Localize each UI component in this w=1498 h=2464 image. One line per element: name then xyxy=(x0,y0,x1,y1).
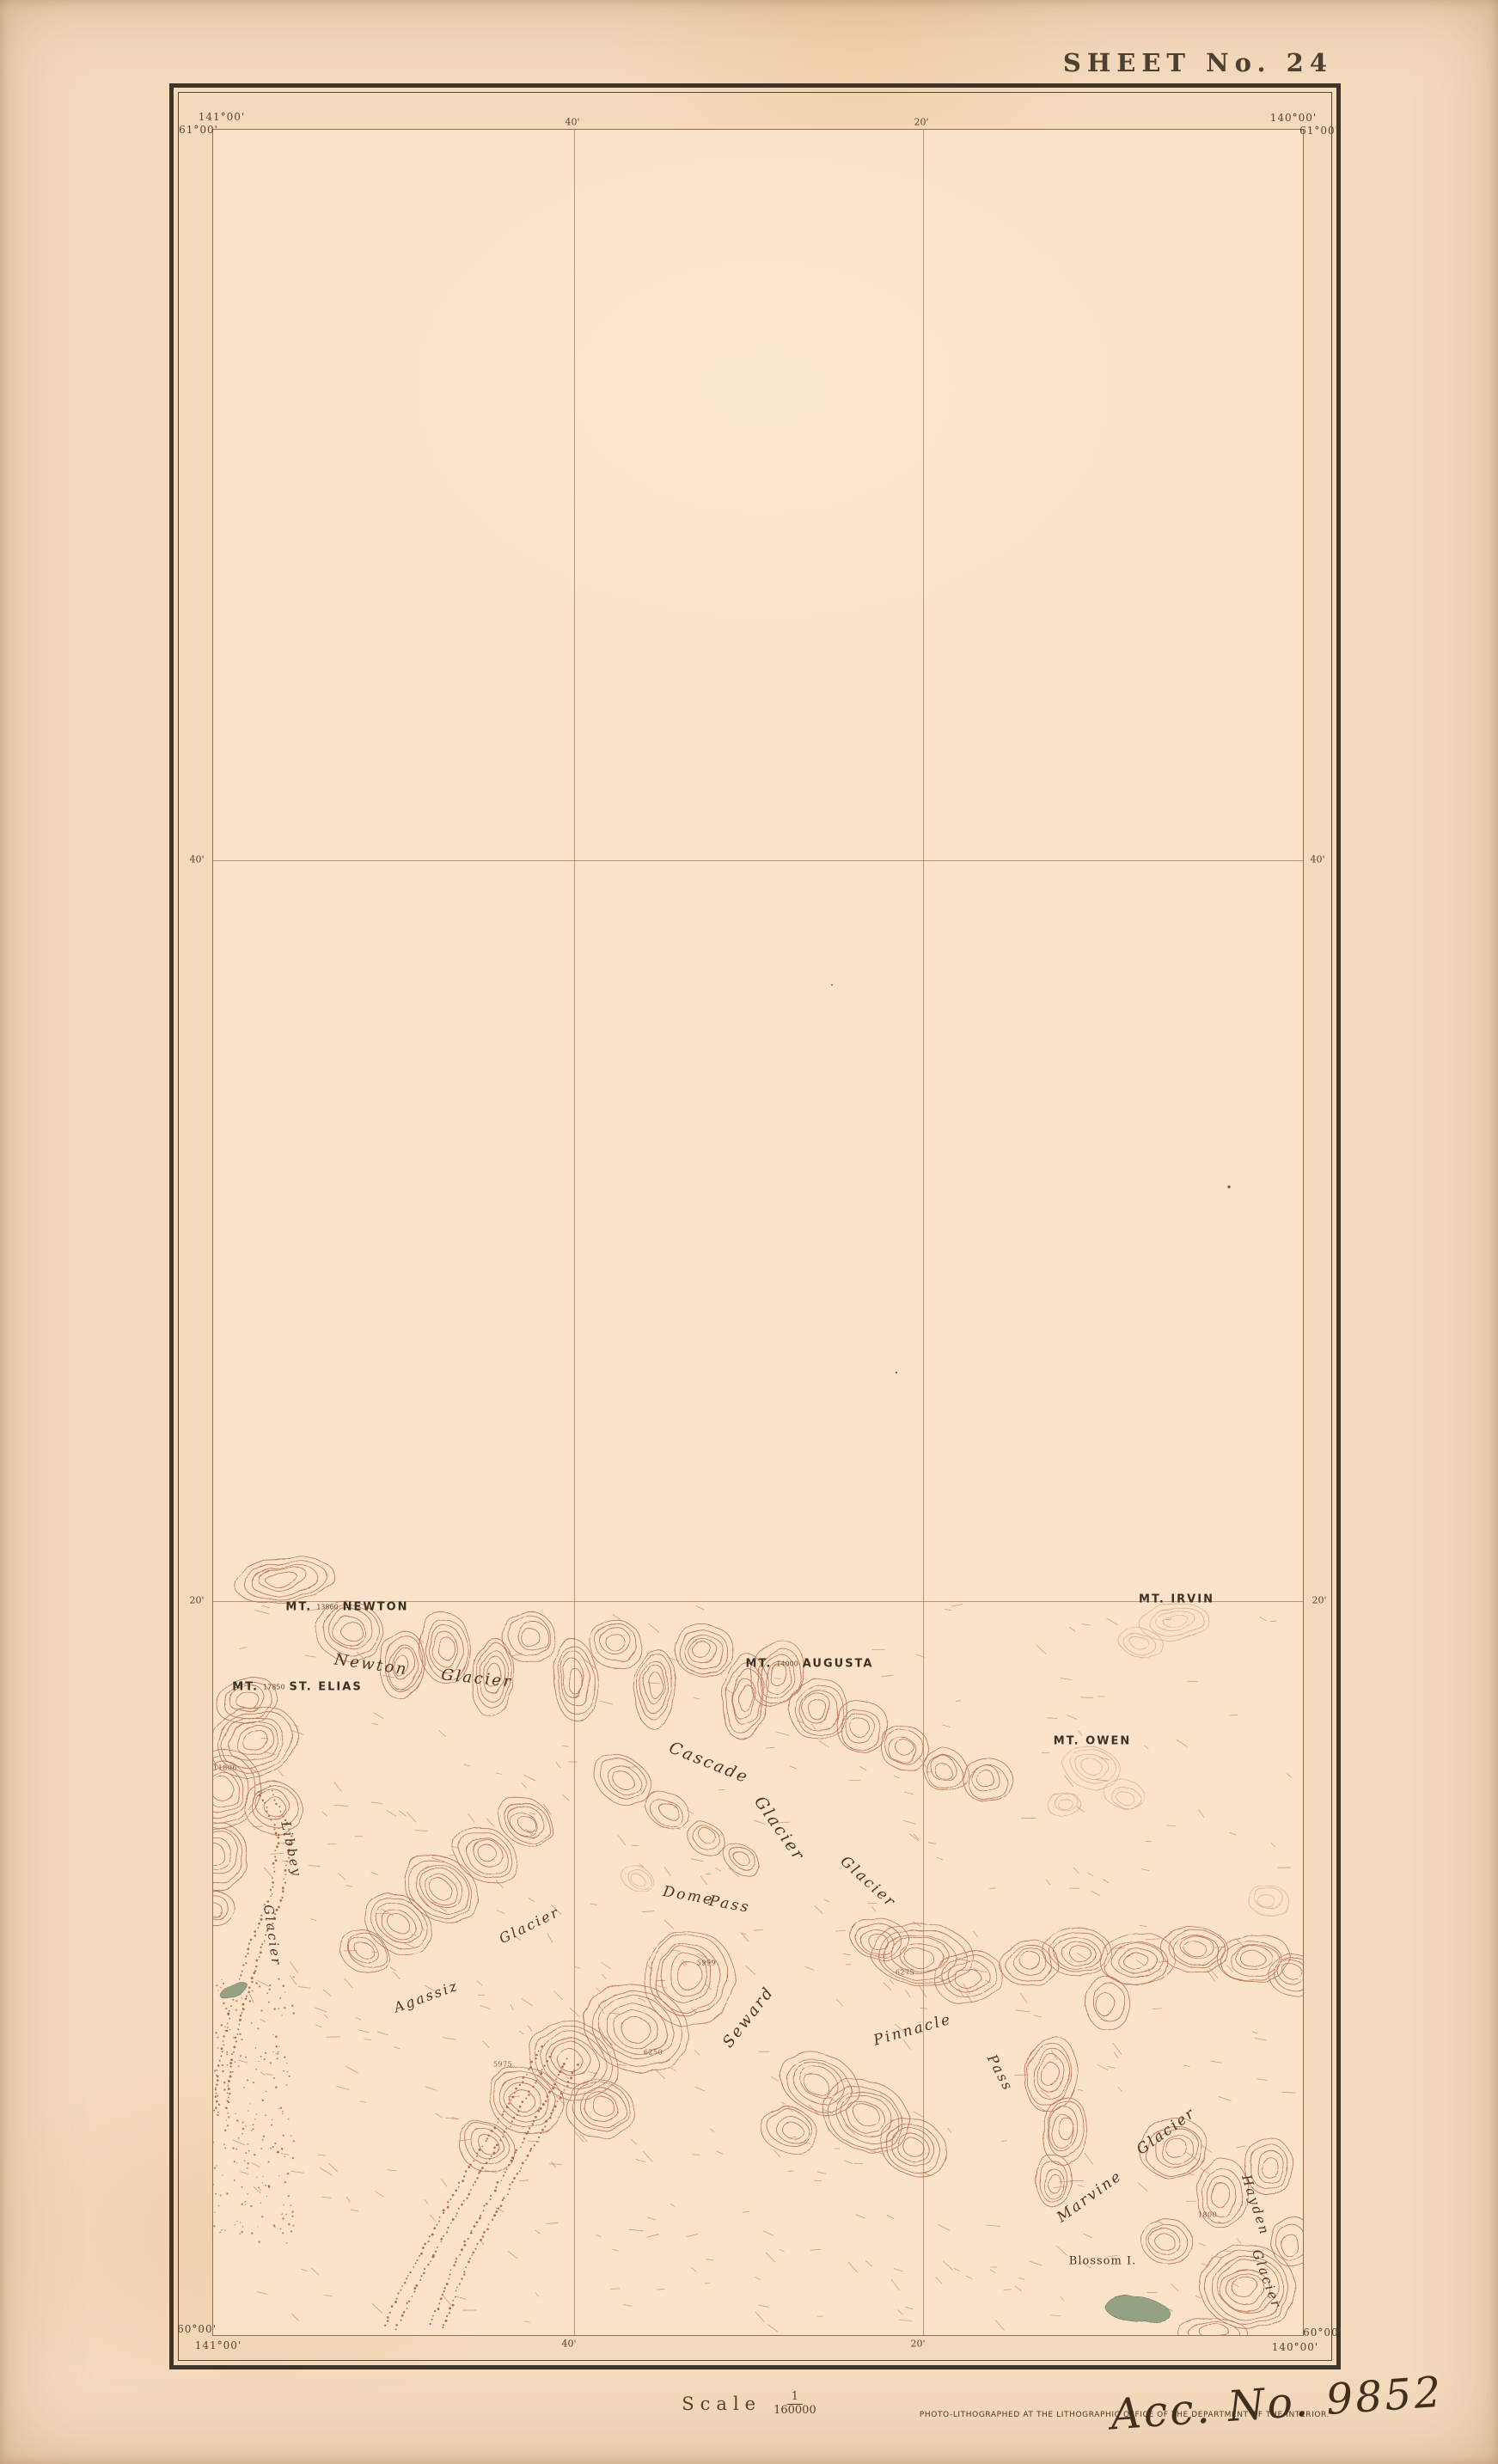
map-sheet: SHEET No. 24 141°00'61°00'140°00'61°0 xyxy=(0,0,1498,2464)
scale-label: Scale xyxy=(682,2394,761,2414)
blossom-island-shape xyxy=(1105,2295,1169,2323)
sheet-number: SHEET No. 24 xyxy=(1063,48,1333,77)
scale-fraction: 1 160000 xyxy=(773,2391,816,2418)
accession-number-handwriting: Acc. No. 9852 xyxy=(1109,2368,1445,2440)
terrain-contours xyxy=(212,129,1304,2336)
glacial-pond xyxy=(218,1979,250,2002)
paper-specks xyxy=(831,984,1231,1373)
scale-statement: Scale 1 160000 xyxy=(682,2391,816,2418)
